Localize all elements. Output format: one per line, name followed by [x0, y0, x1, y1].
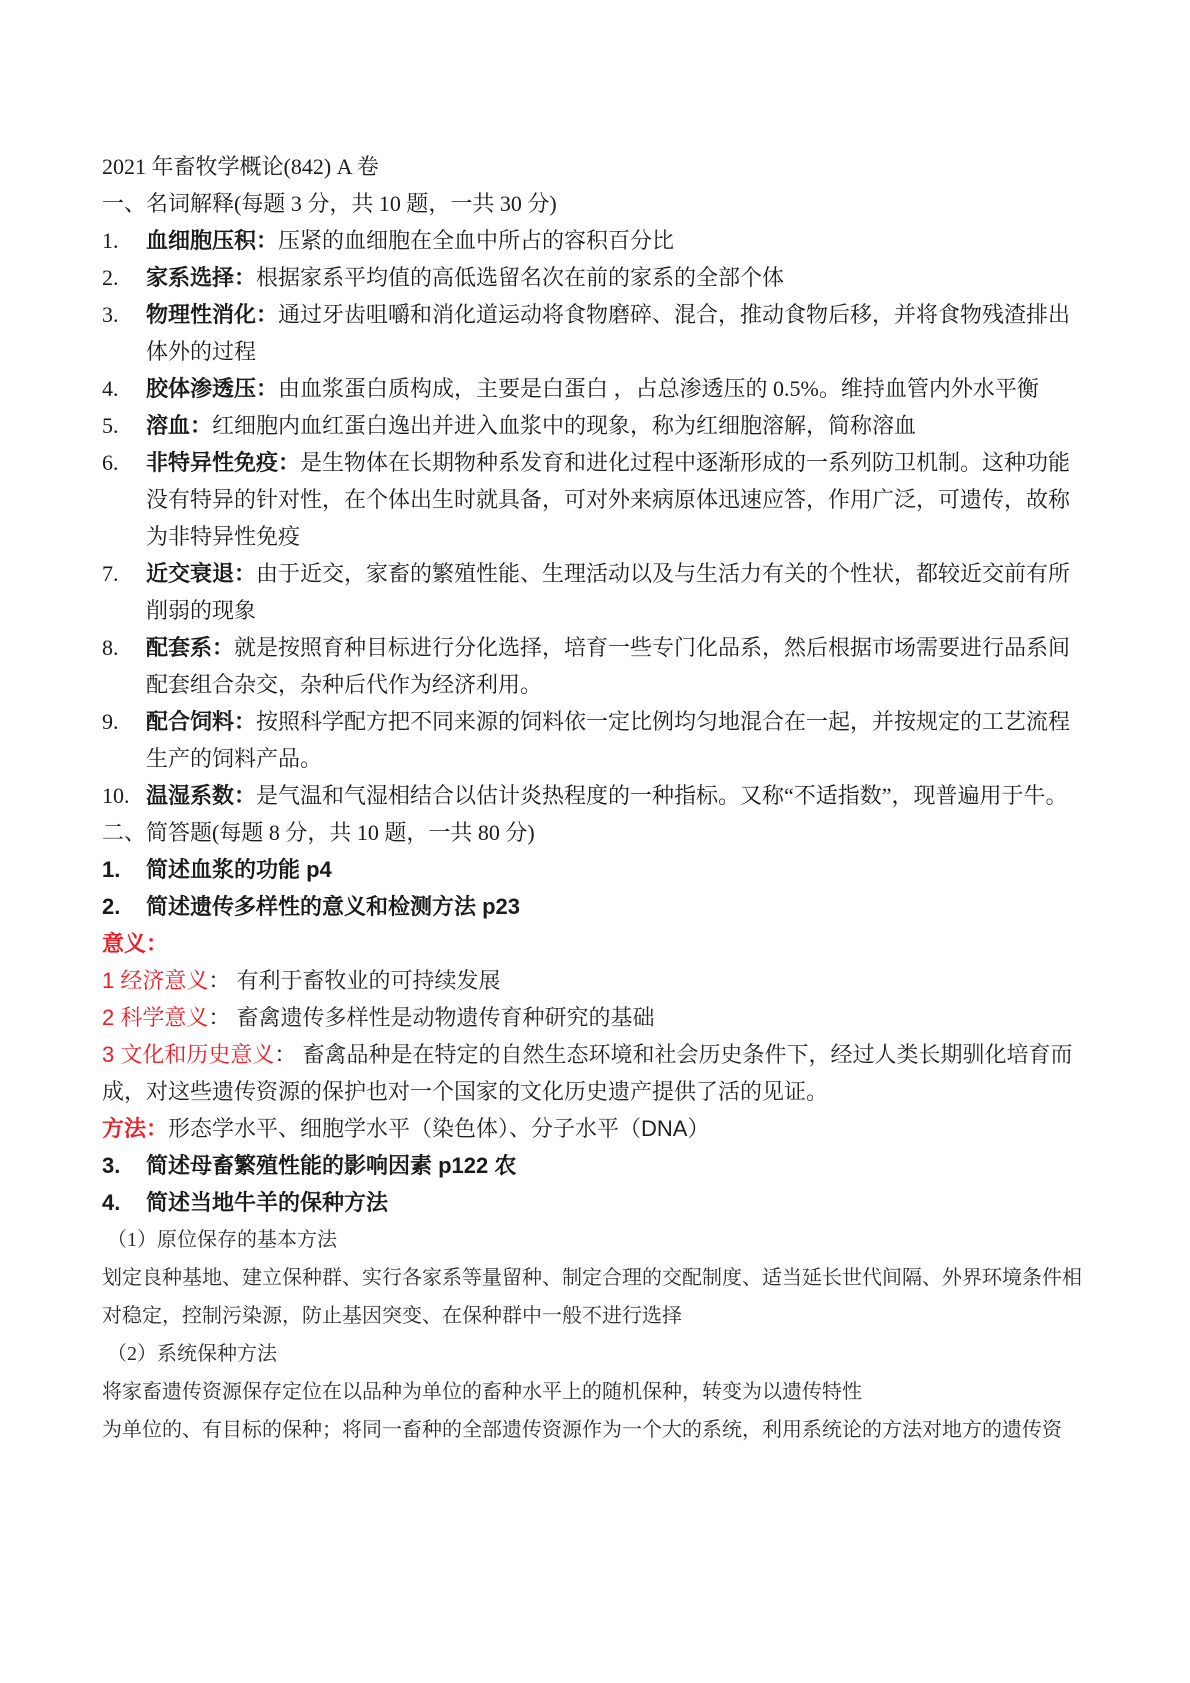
item-number: 1.: [102, 222, 119, 259]
item-body: 由血浆蛋白质构成，主要是白蛋白 ，占总渗透压的 0.5%。维持血管内外水平衡: [278, 376, 1039, 401]
item-term: 物理性消化：: [146, 302, 278, 327]
section2-heading: 二、简答题(每题 8 分，共 10 题，一共 80 分): [102, 814, 1090, 851]
item-number: 7.: [102, 555, 119, 592]
meaning-label: 意义：: [102, 931, 168, 956]
item-number: 4.: [102, 370, 119, 407]
point-sep: ：: [208, 1005, 230, 1030]
method-line: 方法：形态学水平、细胞学水平（染色体）、分子水平（DNA）: [102, 1110, 1090, 1147]
point-label: 2 科学意义: [102, 1005, 208, 1030]
item-number: 9.: [102, 703, 119, 740]
question-3: 3.简述母畜繁殖性能的影响因素 p122 农: [102, 1147, 1090, 1184]
meaning-heading: 意义：: [102, 925, 1090, 962]
answer4-block: （1）原位保存的基本方法 划定良种基地、建立保种群、实行各家系等量留种、制定合理…: [102, 1221, 1090, 1449]
definition-item-6: 6.非特异性免疫：是生物体在长期物种系发育和进化过程中逐渐形成的一系列防卫机制。…: [102, 444, 1090, 555]
document-page: 2021 年畜牧学概论(842) A 卷 一、名词解释(每题 3 分，共 10 …: [0, 0, 1190, 1683]
answer2-block: 意义： 1 经济意义： 有利于畜牧业的可持续发展 2 科学意义： 畜禽遗传多样性…: [102, 925, 1090, 1147]
item-number: 3.: [102, 296, 119, 333]
question-1: 1.简述血浆的功能 p4: [102, 851, 1090, 888]
question-4: 4.简述当地牛羊的保种方法: [102, 1184, 1090, 1221]
item-body: 是气温和气湿相结合以估计炎热程度的一种指标。又称“不适指数”，现普遍用于牛。: [256, 783, 1068, 808]
question-2: 2.简述遗传多样性的意义和检测方法 p23: [102, 888, 1090, 925]
answer4-sub2-body-line1: 将家畜遗传资源保存定位在以品种为单位的畜种水平上的随机保种，转变为以遗传特性: [102, 1373, 1090, 1411]
item-body: 按照科学配方把不同来源的饲料依一定比例均匀地混合在一起，并按规定的工艺流程生产的…: [146, 709, 1070, 771]
definition-item-1: 1.血细胞压积：压紧的血细胞在全血中所占的容积百分比: [102, 222, 1090, 259]
question-number: 3.: [102, 1147, 120, 1184]
item-term: 配合饲料：: [146, 709, 256, 734]
item-number: 10.: [102, 777, 130, 814]
point-label: 1 经济意义: [102, 968, 208, 993]
answer4-sub2-title: （2）系统保种方法: [102, 1335, 1090, 1373]
definition-item-8: 8.配套系：就是按照育种目标进行分化选择，培育一些专门化品系，然后根据市场需要进…: [102, 629, 1090, 703]
item-body: 根据家系平均值的高低选留名次在前的家系的全部个体: [256, 265, 784, 290]
answer4-sub1-body: 划定良种基地、建立保种群、实行各家系等量留种、制定合理的交配制度、适当延长世代间…: [102, 1259, 1090, 1335]
section1-heading: 一、名词解释(每题 3 分，共 10 题，一共 30 分): [102, 185, 1090, 222]
method-text: 形态学水平、细胞学水平（染色体）、分子水平（DNA）: [168, 1116, 709, 1141]
item-number: 2.: [102, 259, 119, 296]
question-text: 简述遗传多样性的意义和检测方法 p23: [146, 894, 520, 919]
point-label: 3 文化和历史意义: [102, 1042, 274, 1067]
item-body: 通过牙齿咀嚼和消化道运动将食物磨碎、混合，推动食物后移，并将食物残渣排出体外的过…: [146, 302, 1070, 364]
point-text: 畜禽遗传多样性是动物遗传育种研究的基础: [237, 1005, 655, 1030]
item-body: 红细胞内血红蛋白逸出并进入血浆中的现象，称为红细胞溶解，简称溶血: [212, 413, 916, 438]
definition-item-9: 9.配合饲料：按照科学配方把不同来源的饲料依一定比例均匀地混合在一起，并按规定的…: [102, 703, 1090, 777]
question-number: 1.: [102, 851, 120, 888]
item-term: 温湿系数：: [146, 783, 256, 808]
point-sep: ：: [208, 968, 230, 993]
item-term: 胶体渗透压：: [146, 376, 278, 401]
item-term: 近交衰退：: [146, 561, 256, 586]
item-body: 由于近交，家畜的繁殖性能、生理活动以及与生活力有关的个性状，都较近交前有所削弱的…: [146, 561, 1070, 623]
document-content: 2021 年畜牧学概论(842) A 卷 一、名词解释(每题 3 分，共 10 …: [0, 0, 1190, 1449]
point-sep: ：: [274, 1042, 296, 1067]
meaning-point-1: 1 经济意义： 有利于畜牧业的可持续发展: [102, 962, 1090, 999]
item-body: 压紧的血细胞在全血中所占的容积百分比: [278, 228, 674, 253]
method-label: 方法：: [102, 1116, 168, 1141]
definition-item-2: 2.家系选择：根据家系平均值的高低选留名次在前的家系的全部个体: [102, 259, 1090, 296]
definition-item-7: 7.近交衰退：由于近交，家畜的繁殖性能、生理活动以及与生活力有关的个性状，都较近…: [102, 555, 1090, 629]
item-number: 5.: [102, 407, 119, 444]
item-term: 溶血：: [146, 413, 212, 438]
meaning-point-2: 2 科学意义： 畜禽遗传多样性是动物遗传育种研究的基础: [102, 999, 1090, 1036]
document-title: 2021 年畜牧学概论(842) A 卷: [102, 148, 1090, 185]
item-body: 就是按照育种目标进行分化选择，培育一些专门化品系，然后根据市场需要进行品系间配套…: [146, 635, 1070, 697]
question-text: 简述当地牛羊的保种方法: [146, 1190, 388, 1215]
item-term: 配套系：: [146, 635, 234, 660]
answer4-sub2-body-line2: 为单位的、有目标的保种；将同一畜种的全部遗传资源作为一个大的系统，利用系统论的方…: [102, 1411, 1090, 1449]
point-text: 有利于畜牧业的可持续发展: [237, 968, 501, 993]
item-term: 家系选择：: [146, 265, 256, 290]
definition-item-3: 3.物理性消化：通过牙齿咀嚼和消化道运动将食物磨碎、混合，推动食物后移，并将食物…: [102, 296, 1090, 370]
answer4-sub1-title: （1）原位保存的基本方法: [102, 1221, 1090, 1259]
definition-item-10: 10.温湿系数：是气温和气湿相结合以估计炎热程度的一种指标。又称“不适指数”，现…: [102, 777, 1090, 814]
definition-item-5: 5.溶血：红细胞内血红蛋白逸出并进入血浆中的现象，称为红细胞溶解，简称溶血: [102, 407, 1090, 444]
item-number: 6.: [102, 444, 119, 481]
question-number: 2.: [102, 888, 120, 925]
item-term: 非特异性免疫：: [146, 450, 300, 475]
question-text: 简述血浆的功能 p4: [146, 857, 332, 882]
meaning-point-3: 3 文化和历史意义： 畜禽品种是在特定的自然生态环境和社会历史条件下，经过人类长…: [102, 1036, 1090, 1110]
question-text: 简述母畜繁殖性能的影响因素 p122 农: [146, 1153, 516, 1178]
question-number: 4.: [102, 1184, 120, 1221]
item-number: 8.: [102, 629, 119, 666]
item-term: 血细胞压积：: [146, 228, 278, 253]
definition-item-4: 4.胶体渗透压：由血浆蛋白质构成，主要是白蛋白 ，占总渗透压的 0.5%。维持血…: [102, 370, 1090, 407]
